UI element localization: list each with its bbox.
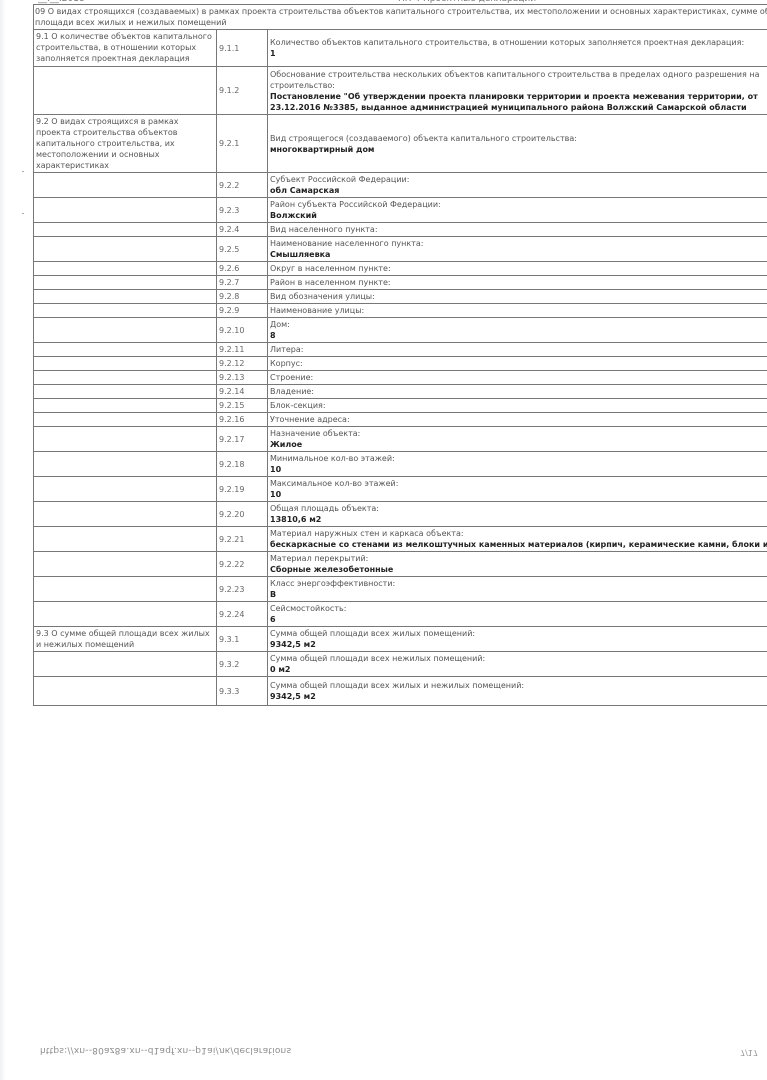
field-label: Наименование населенного пункта: — [270, 238, 767, 249]
code-cell: 9.2.8 — [217, 290, 268, 304]
table-row: 9.2.8Вид обозначения улицы: — [34, 290, 767, 304]
section-title-row: 09 О видах строящихся (создаваемых) в ра… — [34, 5, 767, 30]
table-row: 9.2.14Владение: — [34, 385, 767, 399]
group-cell: 9.1 О количестве объектов капитального с… — [34, 30, 217, 67]
section-title: 09 О видах строящихся (создаваемых) в ра… — [34, 5, 767, 30]
table-row: 9.2.21Материал наружных стен и каркаса о… — [34, 527, 767, 552]
group-cell — [34, 237, 217, 262]
field-label: Район в населенном пункте: — [270, 277, 767, 288]
footer-page-number: 7/17 — [740, 1048, 758, 1057]
scan-speck — [22, 213, 24, 214]
field-label: Вид обозначения улицы: — [270, 291, 767, 302]
field-label: Субъект Российской Федерации: — [270, 174, 767, 185]
field-label: Уточнение адреса: — [270, 414, 767, 425]
code-cell: 9.1.1 — [217, 30, 268, 67]
field-cell: Вид населенного пункта: — [268, 223, 767, 237]
table-row: 9.2.17Назначение объекта:Жилое — [34, 427, 767, 452]
field-label: Материал наружных стен и каркаса объекта… — [270, 528, 767, 539]
field-value: Сборные железобетонные — [270, 564, 767, 575]
field-cell: Уточнение адреса: — [268, 413, 767, 427]
field-label: Материал перекрытий: — [270, 553, 767, 564]
field-label: Дом: — [270, 319, 767, 330]
field-value: 9342,5 м2 — [270, 691, 767, 702]
table-row: 9.2.22Материал перекрытий:Сборные железо… — [34, 552, 767, 577]
field-cell: Наименование улицы: — [268, 304, 767, 318]
group-cell — [34, 198, 217, 223]
code-cell: 9.2.14 — [217, 385, 268, 399]
field-value: Постановление "Об утверждении проекта пл… — [270, 91, 767, 113]
field-label: Строение: — [270, 372, 767, 383]
field-value: Смышляевка — [270, 249, 767, 260]
group-cell — [34, 602, 217, 627]
group-cell — [34, 276, 217, 290]
code-cell: 9.2.11 — [217, 343, 268, 357]
field-value: 1 — [270, 48, 767, 59]
group-cell — [34, 371, 217, 385]
field-cell: Сейсмостойкость:6 — [268, 602, 767, 627]
table-row: 9.3.2Сумма общей площади всех нежилых по… — [34, 652, 767, 677]
group-cell — [34, 290, 217, 304]
group-cell — [34, 223, 217, 237]
table-row: 9.2.19Максимальное кол-во этажей:10 — [34, 477, 767, 502]
field-cell: Вид обозначения улицы: — [268, 290, 767, 304]
field-label: Обоснование строительства нескольких объ… — [270, 69, 767, 91]
field-label: Литера: — [270, 344, 767, 355]
code-cell: 9.2.1 — [217, 115, 268, 173]
field-cell: Количество объектов капитального строите… — [268, 30, 767, 67]
code-cell: 9.2.13 — [217, 371, 268, 385]
field-label: Округ в населенном пункте: — [270, 263, 767, 274]
table-row: 9.3.3Сумма общей площади всех жилых и не… — [34, 677, 767, 706]
field-cell: Литера: — [268, 343, 767, 357]
field-cell: Субъект Российской Федерации:обл Самарск… — [268, 173, 767, 198]
field-cell: Общая площадь объекта:13810,6 м2 — [268, 502, 767, 527]
table-row: 9.2.7Район в населенном пункте: — [34, 276, 767, 290]
table-row: 9.2.12Корпус: — [34, 357, 767, 371]
field-cell: Назначение объекта:Жилое — [268, 427, 767, 452]
field-cell: Округ в населенном пункте: — [268, 262, 767, 276]
code-cell: 9.1.2 — [217, 67, 268, 115]
field-cell: Материал перекрытий:Сборные железобетонн… — [268, 552, 767, 577]
field-label: Вид строящегося (создаваемого) объекта к… — [270, 133, 767, 144]
table-row: 9.2.16Уточнение адреса: — [34, 413, 767, 427]
field-label: Сейсмостойкость: — [270, 603, 767, 614]
field-label: Назначение объекта: — [270, 428, 767, 439]
field-cell: Материал наружных стен и каркаса объекта… — [268, 527, 767, 552]
group-cell — [34, 357, 217, 371]
field-value: 10 — [270, 489, 767, 500]
table-row: 9.2 О видах строящихся в рамках проекта … — [34, 115, 767, 173]
table-row: 9.2.11Литера: — [34, 343, 767, 357]
code-cell: 9.2.4 — [217, 223, 268, 237]
field-cell: Обоснование строительства нескольких объ… — [268, 67, 767, 115]
page-edge-shadow — [0, 0, 6, 1080]
field-cell: Максимальное кол-во этажей:10 — [268, 477, 767, 502]
table-row: 9.1.2Обоснование строительства нескольки… — [34, 67, 767, 115]
group-cell — [34, 652, 217, 677]
field-label: Сумма общей площади всех нежилых помещен… — [270, 653, 767, 664]
group-cell — [34, 427, 217, 452]
group-cell — [34, 304, 217, 318]
group-cell — [34, 452, 217, 477]
group-cell — [34, 318, 217, 343]
field-cell: Наименование населенного пункта:Смышляев… — [268, 237, 767, 262]
code-cell: 9.3.2 — [217, 652, 268, 677]
field-cell: Район субъекта Российской Федерации:Волж… — [268, 198, 767, 223]
table-row: 9.2.5Наименование населенного пункта:Смы… — [34, 237, 767, 262]
field-cell: Корпус: — [268, 357, 767, 371]
code-cell: 9.2.10 — [217, 318, 268, 343]
code-cell: 9.2.17 — [217, 427, 268, 452]
field-cell: Дом:8 — [268, 318, 767, 343]
field-label: Наименование улицы: — [270, 305, 767, 316]
table-row: 9.2.10Дом:8 — [34, 318, 767, 343]
group-cell — [34, 399, 217, 413]
field-cell: Сумма общей площади всех жилых помещений… — [268, 627, 767, 652]
table-row: 9.2.18Минимальное кол-во этажей:10 — [34, 452, 767, 477]
group-cell — [34, 343, 217, 357]
group-cell — [34, 677, 217, 706]
table-row: 9.2.3Район субъекта Российской Федерации… — [34, 198, 767, 223]
table-row: 9.2.4Вид населенного пункта: — [34, 223, 767, 237]
table-row: 9.3 О сумме общей площади всех жилых и н… — [34, 627, 767, 652]
group-cell — [34, 413, 217, 427]
group-cell — [34, 173, 217, 198]
code-cell: 9.2.12 — [217, 357, 268, 371]
field-value: 8 — [270, 330, 767, 341]
code-cell: 9.2.6 — [217, 262, 268, 276]
field-label: Общая площадь объекта: — [270, 503, 767, 514]
field-cell: Сумма общей площади всех жилых и нежилых… — [268, 677, 767, 706]
field-cell: Блок-секция: — [268, 399, 767, 413]
field-label: Вид населенного пункта: — [270, 224, 767, 235]
field-label: Класс энергоэффективности: — [270, 578, 767, 589]
field-label: Корпус: — [270, 358, 767, 369]
field-label: Сумма общей площади всех жилых помещений… — [270, 628, 767, 639]
code-cell: 9.2.18 — [217, 452, 268, 477]
code-cell: 9.2.7 — [217, 276, 268, 290]
field-value: 9342,5 м2 — [270, 639, 767, 650]
table-row: 9.2.9Наименование улицы: — [34, 304, 767, 318]
code-cell: 9.2.20 — [217, 502, 268, 527]
code-cell: 9.2.3 — [217, 198, 268, 223]
field-label: Минимальное кол-во этажей: — [270, 453, 767, 464]
code-cell: 9.2.24 — [217, 602, 268, 627]
table-row: 9.2.15Блок-секция: — [34, 399, 767, 413]
scan-speck — [22, 171, 24, 172]
field-label: Район субъекта Российской Федерации: — [270, 199, 767, 210]
field-value: В — [270, 589, 767, 600]
code-cell: 9.2.16 — [217, 413, 268, 427]
field-value: 0 м2 — [270, 664, 767, 675]
table-row: 9.1 О количестве объектов капитального с… — [34, 30, 767, 67]
group-cell — [34, 577, 217, 602]
field-value: обл Самарская — [270, 185, 767, 196]
table-row: 9.2.2Субъект Российской Федерации:обл Са… — [34, 173, 767, 198]
group-cell — [34, 262, 217, 276]
field-value: бескаркасные со стенами из мелкоштучных … — [270, 539, 767, 550]
group-cell — [34, 67, 217, 115]
table-row: 9.2.20Общая площадь объекта:13810,6 м2 — [34, 502, 767, 527]
table-row: 9.2.24Сейсмостойкость:6 — [34, 602, 767, 627]
group-cell: 9.3 О сумме общей площади всех жилых и н… — [34, 627, 217, 652]
code-cell: 9.3.3 — [217, 677, 268, 706]
declaration-table: 09 О видах строящихся (создаваемых) в ра… — [33, 4, 767, 706]
field-cell: Район в населенном пункте: — [268, 276, 767, 290]
field-cell: Минимальное кол-во этажей:10 — [268, 452, 767, 477]
table-row: 9.2.23Класс энергоэффективности:В — [34, 577, 767, 602]
code-cell: 9.2.5 — [217, 237, 268, 262]
table-row: 9.2.6Округ в населенном пункте: — [34, 262, 767, 276]
field-cell: Владение: — [268, 385, 767, 399]
field-value: многоквартирный дом — [270, 144, 767, 155]
code-cell: 9.2.15 — [217, 399, 268, 413]
field-value: 10 — [270, 464, 767, 475]
field-value: 6 — [270, 614, 767, 625]
field-cell: Класс энергоэффективности:В — [268, 577, 767, 602]
group-cell — [34, 385, 217, 399]
code-cell: 9.2.21 — [217, 527, 268, 552]
code-cell: 9.2.23 — [217, 577, 268, 602]
table-row: 9.2.13Строение: — [34, 371, 767, 385]
field-label: Количество объектов капитального строите… — [270, 37, 767, 48]
field-label: Блок-секция: — [270, 400, 767, 411]
field-label: Владение: — [270, 386, 767, 397]
field-value: Волжский — [270, 210, 767, 221]
code-cell: 9.2.9 — [217, 304, 268, 318]
field-cell: Сумма общей площади всех нежилых помещен… — [268, 652, 767, 677]
code-cell: 9.2.19 — [217, 477, 268, 502]
code-cell: 9.2.22 — [217, 552, 268, 577]
field-value: 13810,6 м2 — [270, 514, 767, 525]
field-label: Максимальное кол-во этажей: — [270, 478, 767, 489]
group-cell — [34, 552, 217, 577]
field-value: Жилое — [270, 439, 767, 450]
group-cell: 9.2 О видах строящихся в рамках проекта … — [34, 115, 217, 173]
group-cell — [34, 502, 217, 527]
field-cell: Вид строящегося (создаваемого) объекта к… — [268, 115, 767, 173]
code-cell: 9.2.2 — [217, 173, 268, 198]
footer-url: https://xn--80az8a.xn--d1aqf.xn--p1ai/лк… — [40, 1045, 291, 1055]
field-label: Сумма общей площади всех жилых и нежилых… — [270, 680, 767, 691]
group-cell — [34, 477, 217, 502]
code-cell: 9.3.1 — [217, 627, 268, 652]
field-cell: Строение: — [268, 371, 767, 385]
group-cell — [34, 527, 217, 552]
